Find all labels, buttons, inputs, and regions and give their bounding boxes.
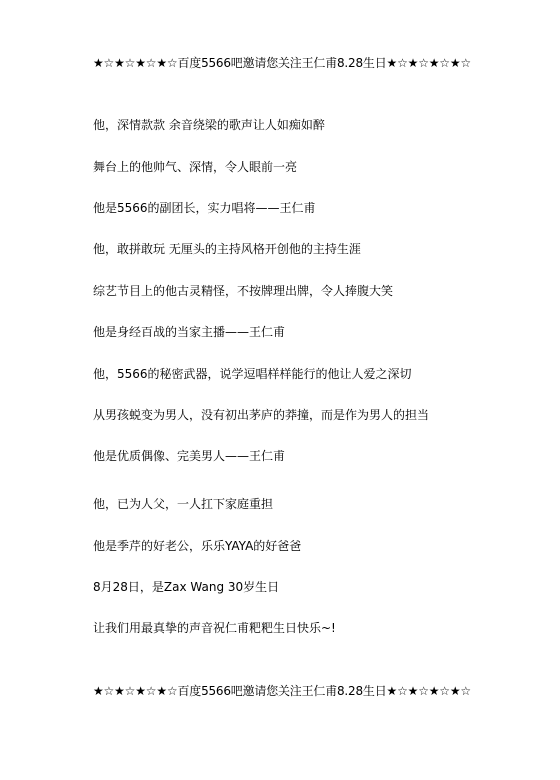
text-line-10: 他，已为人父，一人扛下家庭重担 bbox=[93, 497, 273, 511]
document-page: ★☆★☆★☆★☆百度5566吧邀请您关注王仁甫8.28生日★☆★☆★☆★☆ 他，… bbox=[0, 0, 560, 780]
text-line-7: 他，5566的秘密武器，说学逗唱样样能行的他让人爱之深切 bbox=[93, 367, 412, 381]
footer-banner: ★☆★☆★☆★☆百度5566吧邀请您关注王仁甫8.28生日★☆★☆★☆★☆ bbox=[93, 684, 471, 698]
text-line-11: 他是季芹的好老公，乐乐YAYA的好爸爸 bbox=[93, 539, 301, 553]
header-banner: ★☆★☆★☆★☆百度5566吧邀请您关注王仁甫8.28生日★☆★☆★☆★☆ bbox=[93, 56, 471, 70]
text-line-8: 从男孩蜕变为男人，没有初出茅庐的莽撞，而是作为男人的担当 bbox=[93, 408, 429, 422]
text-line-6: 他是身经百战的当家主播——王仁甫 bbox=[93, 325, 285, 339]
text-line-13: 让我们用最真挚的声音祝仁甫粑粑生日快乐~! bbox=[93, 621, 336, 635]
text-line-5: 综艺节目上的他古灵精怪，不按牌理出牌，令人捧腹大笑 bbox=[93, 284, 393, 298]
text-line-3: 他是5566的副团长，实力唱将——王仁甫 bbox=[93, 201, 316, 215]
text-line-12: 8月28日，是Zax Wang 30岁生日 bbox=[93, 580, 279, 594]
text-line-9: 他是优质偶像、完美男人——王仁甫 bbox=[93, 449, 285, 463]
text-line-1: 他，深情款款 余音绕梁的歌声让人如痴如醉 bbox=[93, 118, 325, 132]
text-line-4: 他，敢拼敢玩 无厘头的主持风格开创他的主持生涯 bbox=[93, 242, 361, 256]
text-line-2: 舞台上的他帅气、深情，令人眼前一亮 bbox=[93, 160, 297, 174]
